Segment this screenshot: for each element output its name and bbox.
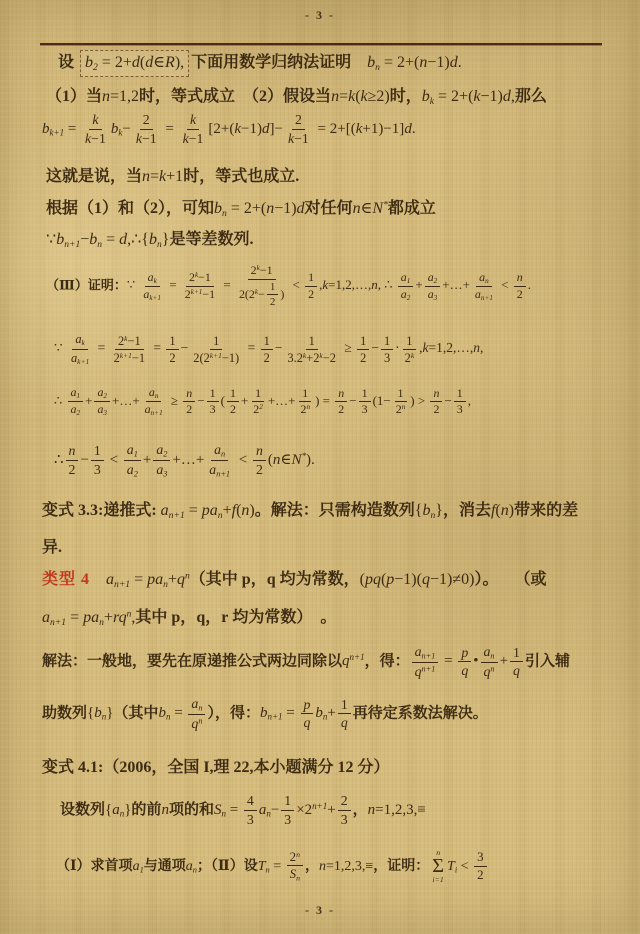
document-line-l19: （Ⅰ）求首项a1与通项an；（Ⅱ）设Tn = 2nSn，n=1,2,3,≡，证明… [56,849,489,884]
fraction: 12n [393,387,409,417]
fraction: a2a3 [94,386,110,418]
fraction: akak+1 [68,332,92,367]
fraction: 12 [227,387,239,417]
document-line-l9: ∴ a1a2+a2a3+…+anan+1 ≥ n2−13(12+122+…+12… [54,386,471,418]
fraction: 12 [261,334,273,366]
fraction: 2k−1 [285,112,312,147]
fraction: n2 [253,443,266,478]
fraction: 13.2k+2k−2 [284,334,339,366]
fraction: kk−1 [180,112,207,147]
document-line-l18: 设数列{an}的前n项的和Sn = 43an−13×2n+1+23，n=1,2,… [60,793,426,828]
fraction: kk−1 [82,112,109,147]
fraction: anqn [188,696,205,732]
fraction: 2k−1 [133,112,160,147]
document-line-l4: 这就是说，当n=k+1时，等式也成立. [46,166,299,188]
page-number-bottom: - 3 - [0,903,640,918]
document-line-l17: 变式 4.1:（2006，全国 I,理 22,本小题满分 12 分） [42,757,390,779]
document-line-l13: 类型 4 an+1 = pan+qn（其中 p，q 均为常数，(pq(p−1)(… [42,569,546,592]
fraction: anan+1 [472,271,496,303]
fraction: n2 [66,443,79,478]
header-rule [40,43,602,45]
fraction: n2 [514,271,526,301]
fraction: a2a3 [425,271,441,303]
scanned-page: - 3 - 设 b2 = 2+d(d∈R),下面用数学归纳法证明 bn = 2+… [0,0,640,934]
fraction: n2 [183,387,195,417]
fraction: a1a2 [68,386,84,418]
document-line-l2: （1）当n=1,2时，等式成立 （2）假设当n=k(k≥2)时，bk = 2+(… [46,86,547,109]
document-line-l15: 解法：一般地，要先在原递推公式两边同除以qn+1，得：an+1qn+1 = pq… [42,644,570,680]
fraction: 1q [338,697,351,732]
fraction: pq [458,645,471,680]
fraction: 13 [359,387,371,417]
fraction: n2 [430,387,442,417]
fraction: a1a2 [124,442,141,479]
fraction: n2 [335,387,347,417]
fraction: 2k−12k+1−1 [111,334,148,366]
page-number-top: - 3 - [0,8,640,23]
fraction: 1q [510,645,523,680]
fraction: 12k [402,334,418,366]
fraction: a1a2 [398,271,414,303]
fraction: akak+1 [140,271,164,303]
document-line-l5: 根据（1）和（2），可知bn = 2+(n−1)d对任何n∈N*都成立 [46,198,436,221]
fraction: anan+1 [142,386,166,418]
fraction: 13 [454,387,466,417]
document-line-l8: ∵ akak+1 = 2k−12k+1−1 = 12−12(2k+1−1) = … [54,332,483,367]
fraction: 2k−12k+1−1 [182,271,218,301]
fraction: 13 [381,334,393,366]
document-line-l10: ∴n2−13 < a1a2+a2a3+…+anan+1 < n2(n∈N*). [54,442,315,479]
document-line-l16: 助数列{bn}（其中bn = anqn），得：bn+1 = pqbn+1q再待定… [42,696,488,732]
document-line-l14: an+1 = pan+rqn,其中 p，q，r 均为常数） 。 [42,607,336,630]
fraction: anan+1 [206,442,233,479]
fraction: 12 [166,334,178,366]
document-line-l3: bk+1 = kk−1bk−2k−1 = kk−1[2+(k−1)d]−2k−1… [42,112,416,147]
document-line-l7: （Ⅲ）证明：∵ akak+1 = 2k−12k+1−1 = 2k−12(2k−1… [46,264,531,309]
fraction: anqn [481,644,498,680]
fraction: 2nSn [287,850,303,884]
fraction: a2a3 [153,442,170,479]
fraction: 12(2k+1−1) [190,334,242,366]
fraction: 13 [207,387,219,417]
fraction: 12 [267,281,279,309]
fraction: 32 [474,850,486,883]
fraction: 13 [91,443,104,478]
document-line-l12: 异. [42,537,62,559]
document-line-l11: 变式 3.3:递推式: an+1 = pan+f(n)。解法：只需构造数列{bn… [42,500,578,523]
fraction: an+1qn+1 [412,644,439,680]
fraction: 13 [281,793,294,828]
fraction: 12n [298,387,314,417]
fraction: 12 [305,271,317,301]
fraction: 12 [357,334,369,366]
document-line-l1: 设 b2 = 2+d(d∈R),下面用数学归纳法证明 bn = 2+(n−1)d… [58,50,462,77]
fraction: 2k−12(2k−12) [236,264,287,309]
fraction: 43 [244,793,257,828]
summation-sigma: nΣi=1 [432,849,444,884]
fraction: pq [301,697,314,732]
selection-box: b2 = 2+d(d∈R), [80,50,189,77]
fraction: 122 [250,387,266,417]
document-line-l6: ∵bn+1−bn = d,∴{bn}是等差数列. [46,229,253,252]
fraction: 23 [338,793,351,828]
